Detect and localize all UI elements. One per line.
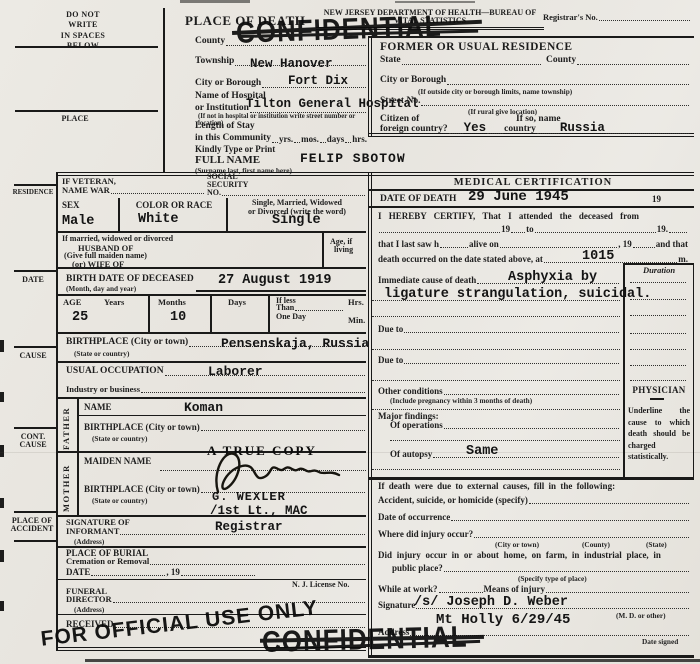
full-name-value: FELIP SBOTOW xyxy=(300,152,406,165)
dotted-leader xyxy=(181,573,255,576)
dotted-leader xyxy=(201,428,365,431)
burial-row: Cremation or Removal xyxy=(66,557,366,566)
race-label: COLOR OR RACE xyxy=(124,201,224,210)
occupation-label: USUAL OCCUPATION xyxy=(66,367,164,377)
hrs-label: Hrs. xyxy=(348,298,364,307)
due-to-label: Due to xyxy=(378,356,403,365)
writing-line xyxy=(196,290,366,292)
dotted-leader xyxy=(487,131,503,134)
residence-box-top xyxy=(368,36,694,38)
dotted-leader xyxy=(295,308,343,311)
birthdate-note: (Month, day and year) xyxy=(66,285,136,293)
dotted-leader xyxy=(444,426,619,429)
margin-label-place-of-accident: PLACE OF ACCIDENT xyxy=(6,517,58,534)
cause-value-1: Asphyxia by xyxy=(508,271,597,285)
dotted-leader xyxy=(599,18,690,21)
margin-rule xyxy=(14,184,57,186)
dotted-leader xyxy=(165,373,365,376)
stay-unit: mos. xyxy=(301,135,319,144)
cause-label: Immediate cause of death xyxy=(378,276,476,285)
do-not-write-line: DO NOT xyxy=(32,10,134,20)
state-label: State xyxy=(380,56,401,66)
section-divider xyxy=(368,477,694,480)
occupation-value: Laborer xyxy=(208,365,263,378)
dotted-leader xyxy=(630,280,686,283)
dotted-leader xyxy=(630,347,686,350)
work-row: While at work? Means of injury xyxy=(378,585,690,594)
while-at-work-label: While at work? xyxy=(378,585,438,594)
autopsy-row: Of autopsy xyxy=(390,450,620,459)
md-note: (M. D. or other) xyxy=(616,612,666,620)
dotted-leader xyxy=(451,518,689,521)
dotted-leader xyxy=(444,392,619,395)
dotted-leader xyxy=(379,230,500,233)
scan-artifact xyxy=(0,550,4,562)
dotted-leader xyxy=(440,245,468,248)
mother-column-divider xyxy=(77,452,79,516)
dotted-leader xyxy=(449,131,463,134)
lastsaw-label: that I last saw h xyxy=(378,240,439,249)
where-city-note: (City or town) xyxy=(495,541,539,549)
city-value: Fort Dix xyxy=(288,75,348,88)
due-to-label: Due to xyxy=(378,325,403,334)
row-divider xyxy=(57,332,366,334)
ssn-label-3: NO. xyxy=(207,189,221,197)
specify-place-note: (Specify type of place) xyxy=(518,575,587,583)
dotted-leader xyxy=(222,193,365,196)
column-divider xyxy=(268,295,270,332)
birthplace-label: BIRTHPLACE (City or town) xyxy=(66,338,188,348)
margin-label-line: CAUSE xyxy=(8,441,58,449)
burial-date-label: DATE xyxy=(66,568,90,577)
medical-divider xyxy=(368,206,694,208)
date-of-death-label: DATE OF DEATH xyxy=(380,195,456,205)
certify-19b: 19. xyxy=(657,225,668,234)
margin-rule xyxy=(14,511,57,513)
dotted-leader xyxy=(433,455,619,458)
dotted-leader xyxy=(439,590,483,593)
margin-label-place: PLACE xyxy=(15,115,135,123)
do-not-write-line: IN SPACES xyxy=(32,31,134,41)
other-conditions-note: (Include pregnancy within 3 months of de… xyxy=(390,397,532,405)
stay-unit: hrs. xyxy=(352,135,367,144)
certifier-name: G. WEXLER xyxy=(212,491,286,503)
days-label: Days xyxy=(228,298,246,307)
years-value: 25 xyxy=(72,311,88,325)
medical-title: MEDICAL CERTIFICATION xyxy=(372,177,694,188)
physician-note: Underline the cause to which death shoul… xyxy=(628,405,690,463)
dotted-leader xyxy=(113,600,365,603)
means-of-injury-label: Means of injury xyxy=(484,585,546,594)
registrar-no-label: Registrar's No. xyxy=(543,13,598,22)
veteran-label-2: NAME WAR xyxy=(62,186,110,195)
residence-county-row: County xyxy=(546,56,690,66)
birthplace-note: (State or country) xyxy=(74,350,129,358)
public-place-label: public place? xyxy=(392,564,443,573)
years-label: Years xyxy=(104,298,124,307)
stay-label-2: in this Community xyxy=(195,125,271,144)
occurrence-row: Date of occurrence xyxy=(378,513,690,522)
certify-line-3: that I last saw h alive on , 19 and that xyxy=(378,240,688,249)
do-not-write-line: WRITE xyxy=(32,20,134,30)
dotted-leader xyxy=(444,569,689,572)
scan-bottom-edge xyxy=(85,659,700,662)
scan-artifact xyxy=(0,498,4,508)
occurred-label: death occurred on the date stated above,… xyxy=(378,255,543,264)
citizen-row: foreign country? Yes country Russia xyxy=(380,122,690,135)
dotted-leader xyxy=(500,245,617,248)
dotted-leader xyxy=(630,313,686,316)
section-divider xyxy=(57,172,694,176)
sex-label: SEX xyxy=(62,201,80,210)
date-signed-note: Date signed xyxy=(642,638,678,646)
license-label: N. J. License No. xyxy=(292,581,349,589)
residence-state-row: State xyxy=(380,56,542,66)
race-value: White xyxy=(138,213,179,227)
months-value: 10 xyxy=(170,311,186,325)
dotted-leader xyxy=(474,535,689,538)
row-divider xyxy=(57,294,366,296)
occurrence-label: Date of occurrence xyxy=(378,513,450,522)
funeral-label-2: DIRECTOR xyxy=(66,595,112,604)
father-name-label: NAME xyxy=(84,403,112,412)
funeral-row: DIRECTOR xyxy=(66,595,366,604)
min-label: Min. xyxy=(348,316,365,325)
dotted-leader xyxy=(404,330,619,333)
row-divider xyxy=(57,267,366,269)
margin-label-cont-cause: CONT. CAUSE xyxy=(8,433,58,450)
dotted-leader xyxy=(511,230,525,233)
one-day-label: One Day xyxy=(276,313,306,321)
age-label: AGE xyxy=(63,298,81,307)
maiden-name-label: MAIDEN NAME xyxy=(84,457,151,466)
stay-unit: days xyxy=(327,135,345,144)
margin-label-line: ACCIDENT xyxy=(6,525,58,533)
dotted-leader xyxy=(606,131,689,134)
dotted-leader xyxy=(345,140,351,143)
accident-row: Accident, suicide, or homicide (specify) xyxy=(378,496,690,505)
mother-birthplace-label: BIRTHPLACE (City or town) xyxy=(84,485,200,494)
and-that-label: and that xyxy=(656,240,688,249)
dotted-leader xyxy=(577,62,689,65)
county-label: County xyxy=(195,37,225,47)
where-county-note: (County) xyxy=(582,541,610,549)
father-side-label: FATHER xyxy=(61,400,71,450)
ssn-row: NO. xyxy=(207,189,366,197)
citizen-label-2: foreign country? xyxy=(380,125,448,135)
margin-rule xyxy=(14,540,57,542)
dotted-leader xyxy=(226,43,366,46)
township-value: New Hanover xyxy=(250,58,333,71)
full-name-label: FULL NAME xyxy=(195,155,260,167)
row-divider xyxy=(57,397,366,399)
dotted-leader xyxy=(404,361,619,364)
informant-label-2: INFORMANT xyxy=(66,527,119,536)
sex-value: Male xyxy=(62,215,94,229)
physician-label: PHYSICIAN xyxy=(627,386,691,395)
margin-rule xyxy=(14,346,57,348)
marital-value: Single xyxy=(272,214,321,228)
dotted-leader xyxy=(120,532,365,535)
registrar-no-row: Registrar's No. xyxy=(543,13,691,22)
dotted-leader xyxy=(535,230,656,233)
dotted-leader xyxy=(669,230,687,233)
dotted-leader xyxy=(372,314,620,317)
county-row: County xyxy=(195,37,367,47)
dotted-leader xyxy=(402,62,541,65)
dotted-leader xyxy=(272,140,278,143)
duration-label: Duration xyxy=(630,266,688,275)
death-certificate: DO NOT WRITE IN SPACES BELOW PLACE RESID… xyxy=(0,0,700,664)
informant-row: INFORMANT xyxy=(66,527,366,536)
father-birthplace-label: BIRTHPLACE (City or town) xyxy=(84,423,200,432)
operations-label: Of operations xyxy=(390,421,443,430)
confidential-stamp-bottom: CONFIDENTIAL xyxy=(262,621,468,657)
township-label: Township xyxy=(195,57,234,67)
did-injury-line-1: Did injury occur in or about home, on fa… xyxy=(378,551,690,560)
date-of-death-value: 29 June 1945 xyxy=(468,190,569,204)
scan-artifact xyxy=(0,392,4,402)
margin-divider xyxy=(163,8,165,173)
where-row: Where did injury occur? xyxy=(378,530,690,539)
column-divider xyxy=(322,233,324,268)
certify-to: to xyxy=(526,225,534,234)
dotted-leader xyxy=(630,331,686,334)
margin-label-residence: RESIDENCE xyxy=(8,189,58,196)
birthplace-value: Pensenskaja, Russia xyxy=(221,337,369,350)
burial-date-19: , 19 xyxy=(166,568,180,577)
scan-artifact xyxy=(395,1,475,3)
industry-row: Industry or business xyxy=(66,385,366,394)
burial-date-row: DATE , 19 xyxy=(66,568,256,577)
medical-box-left xyxy=(368,172,372,657)
residence-city-row: City or Borough xyxy=(380,76,690,86)
row-divider xyxy=(57,231,366,233)
physician-dash xyxy=(650,398,664,400)
writing-line xyxy=(78,415,366,416)
date-of-death-19: 19 xyxy=(652,195,661,204)
dotted-leader xyxy=(633,245,655,248)
margin-rule xyxy=(15,110,158,112)
certify-line-2: 19 to 19. xyxy=(378,225,688,234)
birthdate-value: 27 August 1919 xyxy=(218,274,331,288)
street-label: Street No. xyxy=(380,97,420,107)
certifier-rank: /1st Lt., MAC xyxy=(210,505,308,518)
stay-unit: yrs. xyxy=(279,135,293,144)
autopsy-label: Of autopsy xyxy=(390,450,432,459)
dotted-leader xyxy=(421,103,689,106)
stay-row: in this Community yrs. mos. days hrs. xyxy=(195,125,367,144)
row-divider xyxy=(57,361,366,363)
dotted-leader xyxy=(294,140,300,143)
father-name-value: Koman xyxy=(184,401,223,414)
dotted-leader xyxy=(91,573,165,576)
mother-birthplace-note: (State or country) xyxy=(92,497,147,505)
did-injury-line-2: public place? xyxy=(392,564,690,573)
mother-side-label: MOTHER xyxy=(61,458,71,512)
father-birthplace-row: BIRTHPLACE (City or town) xyxy=(84,423,366,432)
dotted-leader xyxy=(372,467,620,470)
country-label: country xyxy=(504,125,536,135)
due-to-row-1: Due to xyxy=(378,325,620,334)
certify-line-1: I HEREBY CERTIFY, That I attended the de… xyxy=(378,212,690,221)
veteran-row: NAME WAR xyxy=(62,186,205,195)
industry-label: Industry or business xyxy=(66,385,140,394)
dotted-leader xyxy=(372,347,620,350)
margin-rule xyxy=(15,46,158,48)
scan-artifact xyxy=(180,0,250,3)
time-of-death-value: 1015 xyxy=(582,250,614,264)
residence-county-label: County xyxy=(546,56,576,66)
operations-row: Of operations xyxy=(390,421,620,430)
dotted-leader xyxy=(372,298,620,301)
dotted-leader xyxy=(320,140,326,143)
dotted-leader xyxy=(630,363,686,366)
residence-title: FORMER OR USUAL RESIDENCE xyxy=(380,41,572,53)
dotted-leader xyxy=(141,390,365,393)
margin-rule xyxy=(14,270,57,272)
where-state-note: (State) xyxy=(646,541,667,549)
residence-city-note: (If outside city or borough limits, name… xyxy=(418,88,572,96)
residence-city-label: City or Borough xyxy=(380,76,446,86)
dotted-leader xyxy=(372,378,620,381)
signature-value: /s/ Joseph D. Weber xyxy=(414,596,568,610)
months-label: Months xyxy=(158,298,186,307)
dotted-leader xyxy=(537,131,559,134)
dotted-leader xyxy=(390,438,620,441)
lastsaw-19: , 19 xyxy=(618,240,632,249)
alive-on-label: alive on xyxy=(469,240,499,249)
signature-label: Signature xyxy=(378,601,415,610)
city-label: City or Borough xyxy=(195,79,261,89)
dotted-leader xyxy=(630,378,686,381)
funeral-address-note: (Address) xyxy=(74,606,104,614)
burial-label-2: Cremation or Removal xyxy=(66,557,149,566)
column-divider xyxy=(148,295,150,332)
scan-artifact xyxy=(0,445,4,457)
column-divider xyxy=(210,295,212,332)
where-label: Where did injury occur? xyxy=(378,530,473,539)
margin-label-cause: CAUSE xyxy=(8,352,58,360)
due-to-row-2: Due to xyxy=(378,356,620,365)
external-heading: If death were due to external causes, fi… xyxy=(378,482,615,491)
duration-box-right xyxy=(693,263,695,477)
dotted-leader xyxy=(111,191,204,194)
country-value: Russia xyxy=(560,122,605,135)
hospital-label-2: or Institution xyxy=(195,95,249,114)
dotted-leader xyxy=(372,407,620,410)
column-divider xyxy=(118,198,120,232)
dotted-leader xyxy=(447,82,689,85)
dotted-leader xyxy=(529,501,689,504)
scan-artifact xyxy=(0,601,4,611)
street-row: Street No. xyxy=(380,97,690,107)
dotted-leader xyxy=(150,562,365,565)
father-birthplace-note: (State or country) xyxy=(92,435,147,443)
father-column-divider xyxy=(77,398,79,452)
residence-box-left xyxy=(368,36,372,136)
informant-address-note: (Address) xyxy=(74,538,104,546)
certify-19a: 19 xyxy=(501,225,510,234)
citizen-value: Yes xyxy=(464,122,487,135)
scan-artifact xyxy=(0,340,4,352)
autopsy-value: Same xyxy=(466,445,498,459)
age-if-living-label-2: living xyxy=(334,246,353,254)
margin-label-date: DATE xyxy=(8,276,58,284)
accident-label: Accident, suicide, or homicide (specify) xyxy=(378,496,528,505)
margin-rule xyxy=(14,427,57,429)
dotted-leader xyxy=(546,590,689,593)
